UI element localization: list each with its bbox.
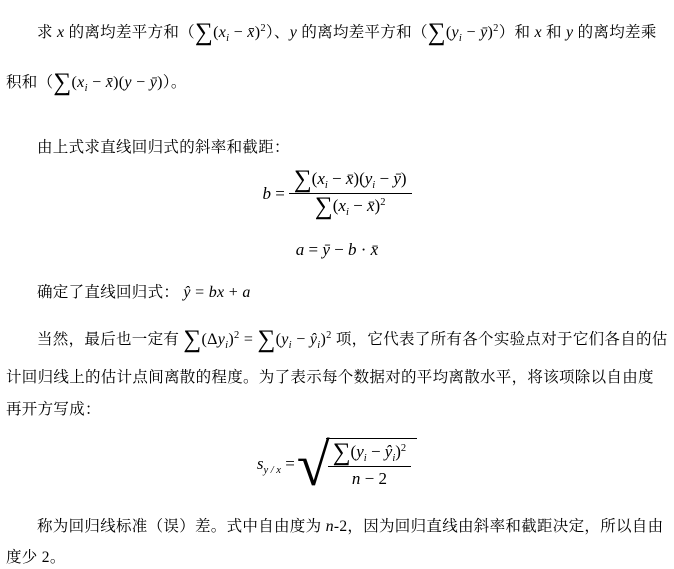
math-token: ȳ — [393, 169, 401, 188]
fraction-denominator: ∑(xi − x̄)2 — [289, 193, 412, 220]
math-token: − — [367, 442, 385, 461]
math-token: y — [452, 24, 459, 41]
math-token: a — [242, 284, 250, 301]
math-token: ŷ — [183, 284, 190, 301]
math-token: ∑ — [294, 166, 312, 193]
fraction: ∑(xi − x̄)(yi − ȳ)∑(xi − x̄)2 — [289, 167, 412, 220]
math-token: x̄ — [247, 24, 254, 41]
math-token: = — [304, 240, 322, 259]
math-token: − — [292, 331, 310, 348]
math-token: = — [281, 454, 295, 473]
math-token: y — [356, 442, 364, 461]
paragraph-residual-dispersion: 当然，最后也一定有 ∑(Δyi)2 = ∑(yi − ŷi)2 项，它代表了所有… — [6, 320, 668, 426]
math-token: )( — [353, 169, 364, 188]
math-token: ȳ — [322, 240, 330, 259]
math-token: y / x — [263, 465, 281, 476]
math-token: y — [124, 74, 131, 91]
math-token: · — [357, 240, 371, 259]
square-root-content: ∑(yi − ŷi)2n − 2 — [326, 438, 417, 492]
math-token: 求 — [37, 24, 57, 41]
formula-standard-error-syx: sy / x = √∑(yi − ŷi)2n − 2 — [6, 438, 668, 493]
math-token: − — [132, 74, 150, 91]
math-token: 2 — [401, 443, 406, 454]
math-token: ）。 — [163, 74, 187, 91]
math-token: x — [338, 196, 346, 215]
math-token: − 2 — [360, 469, 387, 488]
math-token: )( — [113, 74, 124, 91]
formula-slope-b: b = ∑(xi − x̄)(yi − ȳ)∑(xi − x̄)2 — [6, 167, 668, 220]
math-token: a — [296, 240, 305, 259]
math-token: − — [375, 169, 393, 188]
math-token: b — [348, 240, 357, 259]
formula-intercept-a: a = ȳ − b · x̄ — [6, 238, 668, 259]
math-token: x — [77, 74, 84, 91]
math-token: ∑ — [315, 193, 333, 220]
math-token: 称为回归线标准（误）差。式中自由度为 — [37, 518, 326, 535]
math-token: 当然，最后也一定有 — [37, 331, 183, 348]
math-token: ∑ — [333, 439, 351, 466]
math-token: ∑ — [258, 326, 276, 353]
math-token: ）、 — [266, 24, 290, 41]
square-root: √∑(yi − ŷi)2n − 2 — [297, 438, 417, 493]
formula-syx-lhs: sy / x = — [257, 454, 295, 476]
math-token: x — [534, 24, 541, 41]
paragraph-regression-equation: 确定了直线回归式： ŷ = bx + a — [6, 278, 668, 308]
math-token: 的离均差平方和（ — [64, 24, 195, 41]
math-token: 和 — [542, 24, 566, 41]
math-token: x̄ — [367, 196, 375, 215]
document-page: 求 x 的离均差平方和（∑(xi − x̄)2）、y 的离均差平方和（∑(yi … — [0, 0, 674, 569]
math-token: x̄ — [371, 240, 379, 259]
math-token: (Δ — [202, 331, 218, 348]
fraction-numerator: ∑(yi − ŷi)2 — [328, 440, 411, 466]
math-token: − — [462, 24, 480, 41]
paragraph-deviation-sums: 求 x 的离均差平方和（∑(xi − x̄)2）、y 的离均差平方和（∑(yi … — [6, 7, 668, 111]
math-token: = — [240, 331, 258, 348]
math-token: 由上式求直线回归式的斜率和截距： — [37, 139, 290, 156]
math-token: 确定了直线回归式： — [37, 284, 183, 301]
math-token: ) — [401, 169, 407, 188]
fraction-numerator: ∑(xi − x̄)(yi − ȳ) — [289, 167, 412, 193]
math-token: 的离均差平方和（ — [297, 24, 428, 41]
paragraph-slope-intercept-intro: 由上式求直线回归式的斜率和截距： — [6, 133, 668, 163]
math-token: bx — [209, 284, 225, 301]
math-token: = — [191, 284, 209, 301]
math-token: − — [88, 74, 106, 91]
fraction: ∑(yi − ŷi)2n − 2 — [328, 440, 411, 492]
math-token: ∑ — [195, 19, 213, 46]
math-token: − — [328, 169, 346, 188]
math-token: b — [262, 184, 271, 203]
math-token: = — [271, 184, 285, 203]
formula-b-lhs: b = — [262, 184, 284, 204]
math-token: 2 — [380, 197, 385, 208]
math-token: − — [349, 196, 367, 215]
math-token: − — [330, 240, 348, 259]
fraction-denominator: n − 2 — [328, 466, 411, 492]
paragraph-degrees-of-freedom: 称为回归线标准（误）差。式中自由度为 n-2，因为回归直线由斜率和截距决定，所以… — [6, 511, 668, 569]
math-token: ∑ — [428, 19, 446, 46]
math-token: n — [326, 518, 334, 535]
math-token: + — [224, 284, 242, 301]
math-token: ）和 — [499, 24, 535, 41]
math-token: − — [229, 24, 247, 41]
math-token: x — [317, 169, 325, 188]
math-token: ∑ — [53, 69, 71, 96]
formula-a-row: a = ȳ − b · x̄ — [296, 240, 378, 260]
math-token: y — [281, 331, 288, 348]
math-token: ∑ — [183, 326, 201, 353]
